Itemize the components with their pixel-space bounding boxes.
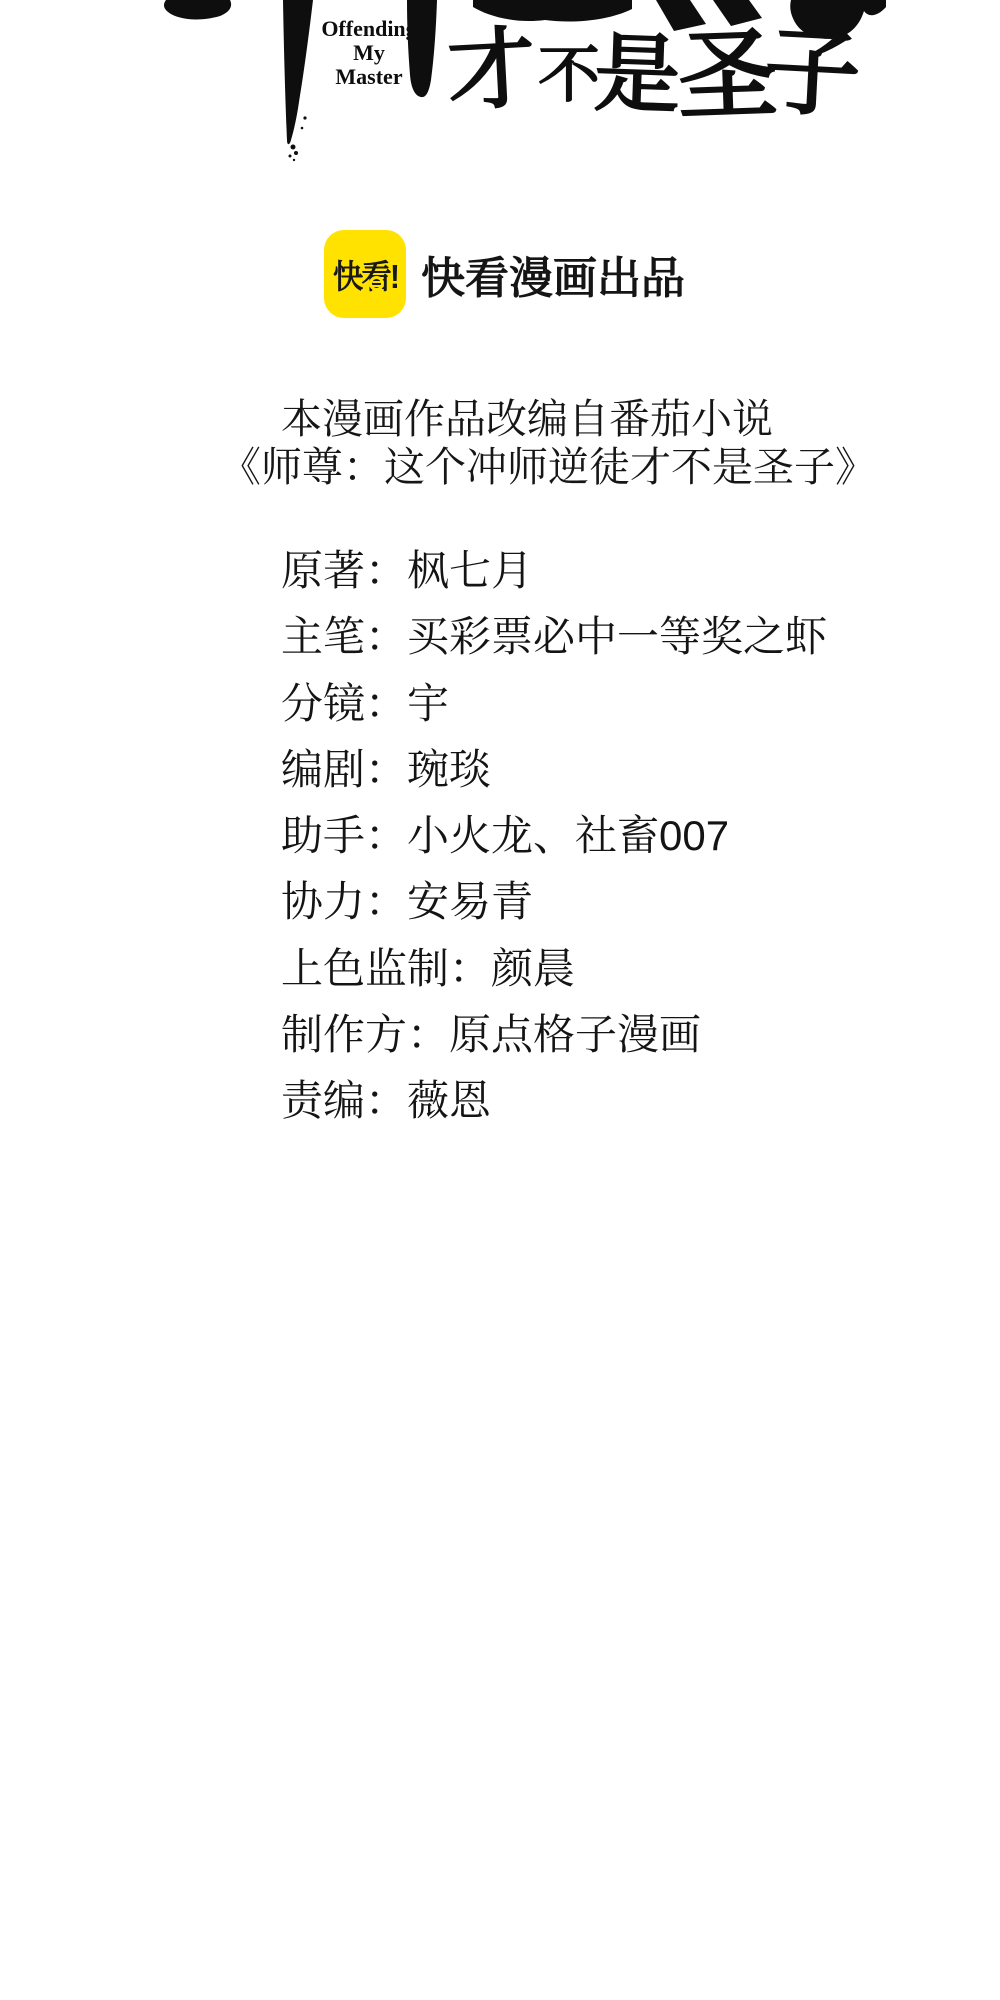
credit-separator: ： [407,1011,449,1058]
ink-blob-top-center [473,0,632,22]
brush-speckle [294,151,298,155]
credit-name: 琬琰 [407,746,491,793]
credit-row: 责编：薇恩 [281,1068,827,1134]
english-subtitle-line: Master [335,64,402,89]
credit-name: 原点格子漫画 [449,1011,701,1058]
kuaikan-logo-icon: 快看! [324,230,406,318]
credit-name: 枫七月 [407,547,533,594]
calligraphy-char: 不 [538,41,600,110]
credit-row: 分镜：宇 [281,671,827,737]
credit-separator: ： [365,878,407,925]
credit-separator: ： [365,547,407,594]
credit-name: 宇 [407,680,449,727]
credit-separator: ： [365,680,407,727]
credit-row: 助手：小火龙、社畜007 [281,803,827,869]
credit-row: 原著：枫七月 [281,538,827,604]
calligraphy-char: 才 [445,18,538,121]
brush-stroke-left [283,0,313,144]
credit-separator: ： [365,1077,407,1124]
credit-name: 颜晨 [491,945,575,992]
title-calligraphy-art: Offending My Master 才 不 是 圣 子 [0,0,1000,165]
credit-separator: ： [365,746,407,793]
kuaikan-logo-text: 快看! [332,251,397,298]
brush-stroke-mid [407,0,437,97]
credit-label: 原著 [281,547,365,594]
credit-label: 分镜 [281,680,365,727]
credit-label: 助手 [281,812,365,859]
credit-name: 安易青 [407,878,533,925]
ink-blob-top-left [164,0,231,19]
credit-name: 买彩票必中一等奖之虾 [407,613,827,660]
calligraphy-char: 是 [593,26,682,125]
credit-label: 主笔 [281,613,365,660]
calligraphy-char: 子 [762,18,863,130]
credit-row: 协力：安易青 [281,869,827,935]
credits-list: 原著：枫七月主笔：买彩票必中一等奖之虾分镜：宇编剧：琬琰助手：小火龙、社畜007… [281,538,827,1135]
credit-row: 主笔：买彩票必中一等奖之虾 [281,604,827,670]
english-subtitle-line: Offending [321,16,416,41]
brush-speckle [291,145,296,150]
brush-speckle [293,159,295,161]
comic-credits-page: Offending My Master 才 不 是 圣 子 快看! 快看漫画出品… [0,0,1000,2000]
adaptation-notice-line2: 《师尊：这个冲师逆徒才不是圣子》 [220,434,876,493]
credit-separator: ： [365,812,407,859]
brush-speckle [301,127,304,130]
credit-name: 小火龙、社畜007 [407,812,729,859]
credit-label: 上色监制 [281,945,449,992]
publisher-label: 快看漫画出品 [421,242,685,306]
credit-row: 编剧：琬琰 [281,737,827,803]
english-subtitle-line: My [353,40,385,65]
credit-row: 上色监制：颜晨 [281,936,827,1002]
credit-label: 制作方 [281,1011,407,1058]
credit-name: 薇恩 [407,1077,491,1124]
credit-label: 编剧 [281,746,365,793]
credit-row: 制作方：原点格子漫画 [281,1002,827,1068]
camera-lens-icon [369,276,384,291]
brush-speckle [289,155,292,158]
brush-speckle [303,116,306,119]
credit-separator: ： [365,613,407,660]
credit-separator: ： [449,945,491,992]
credit-label: 协力 [281,878,365,925]
credit-label: 责编 [281,1077,365,1124]
